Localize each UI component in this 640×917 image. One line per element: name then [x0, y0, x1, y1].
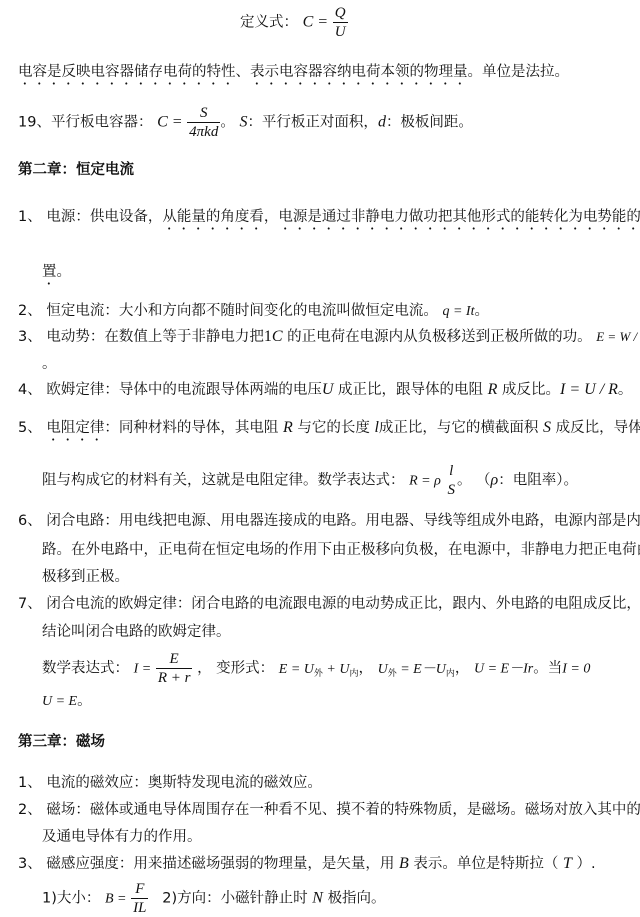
- ch2-item-6-line3: 极移到正极。: [42, 565, 129, 586]
- text: 闭合电流的欧姆定律：闭合电路的电流跟电源的电动势成正比，跟内、外电路的电阻成反比…: [46, 596, 640, 612]
- numerator: F: [131, 880, 148, 898]
- ch2-item-5-cont: 阻与构成它的材料有关，这就是电阻定律。数学表达式： R = ρ lS。 （ρ：电…: [42, 462, 578, 499]
- punct: ，: [455, 661, 470, 677]
- ch2-item-7-line2: 结论叫闭合电路的欧姆定律。: [42, 620, 231, 641]
- text: ：电阻率）。: [498, 473, 578, 489]
- var-s: S: [543, 419, 551, 436]
- punct: 。: [220, 115, 235, 131]
- punct: 。: [618, 382, 633, 398]
- item-number: 2、: [18, 802, 42, 818]
- text: 成反比。: [502, 382, 560, 398]
- formula-lhs: C =: [303, 14, 328, 31]
- formula: U = E: [42, 694, 77, 709]
- text: ：供电设备，: [75, 209, 162, 225]
- text: ：平行板正对面积，: [247, 115, 378, 131]
- formula-lhs: B =: [105, 892, 127, 907]
- punct: ，: [358, 661, 373, 677]
- text: 磁感应强度：用来描述磁场强弱的物理量，是矢量，用: [46, 856, 394, 872]
- label: 数学表达式：: [42, 661, 129, 677]
- text: ：极板间距。: [386, 115, 473, 131]
- subscript: 内: [446, 668, 455, 678]
- text: 闭合电路：用电线把电源、用电器连接成的电路。用电器、导线等组成外电路，电源内部是…: [46, 513, 640, 529]
- subscript: 外: [314, 668, 323, 678]
- text: 成正比，跟导体的电阻: [338, 382, 483, 398]
- ch2-item-7: 7、 闭合电流的欧姆定律：闭合电路的电流跟电源的电动势成正比，跟内、外电路的电阻…: [18, 592, 640, 613]
- capacitance-definition: 定义式： C = QU: [240, 4, 348, 41]
- var-t: T: [563, 855, 572, 872]
- item-number: 7、: [18, 596, 42, 612]
- emphasized-text: 从能量的角度看，电源是通过非静电力做功把其他形式的能转化为电势能的装: [162, 209, 640, 225]
- denominator: IL: [131, 898, 148, 917]
- ch2-item-5: 5、 电阻定律：同种材料的导体，其电阻 R 与它的长度 l成正比，与它的横截面积…: [18, 416, 640, 444]
- ch3-item-1: 1、 电流的磁效应：奥斯特发现电流的磁效应。: [18, 771, 322, 792]
- text: 。当: [533, 661, 562, 677]
- text: 成反比，导体电: [556, 420, 640, 436]
- formula: E = U: [279, 662, 314, 677]
- emphasized-term: 电阻定律: [46, 420, 104, 436]
- punct: 。: [474, 303, 489, 319]
- text: ）.: [576, 856, 595, 872]
- text: 成正比，与它的横截面积: [379, 420, 539, 436]
- fraction-q-over-u: QU: [333, 4, 348, 41]
- ch2-item-4: 4、 欧姆定律：导体中的电流跟导体两端的电压U 成正比，跟导体的电阻 R 成反比…: [18, 378, 632, 399]
- ch2-item-3-cont: 。: [42, 352, 57, 373]
- text: 磁场：磁体或通电导体周围存在一种看不见、摸不着的特殊物质，是磁场。磁场对放入其中…: [46, 802, 640, 818]
- text: 。: [57, 264, 72, 280]
- formula: U: [378, 662, 388, 677]
- capacitance-description: 电容是反映电容器储存电荷的特性、表示电容器容纳电荷本领的物理量。单位是法拉。: [18, 60, 569, 88]
- var-r: R: [283, 419, 293, 436]
- var-u: U: [322, 381, 334, 398]
- plain-text: 。单位是法拉。: [468, 64, 570, 80]
- item-number: 6、: [18, 513, 42, 529]
- chapter-3-heading: 第三章：磁场: [18, 730, 105, 751]
- subscript: 外: [388, 668, 397, 678]
- formula-lhs: I =: [134, 662, 152, 677]
- item-19-parallel-plate: 19、平行板电容器： C = S4πkd。 S：平行板正对面积，d：极板间距。: [18, 104, 473, 141]
- text: 的正电荷在电源内从负极移送到正极所做的功。: [287, 329, 592, 345]
- ch2-item-6: 6、 闭合电路：用电线把电源、用电器连接成的电路。用电器、导线等组成外电路，电源…: [18, 509, 640, 530]
- ch2-item-1-cont: 置。: [42, 260, 71, 288]
- emphasized-text: 电容是反映电容器储存电荷的特性、表示电容器容纳电荷本领的物理量: [18, 64, 468, 80]
- term: 电源: [46, 209, 75, 225]
- text: ：同种材料的导体，其电阻: [104, 420, 278, 436]
- denominator: R + r: [156, 668, 193, 687]
- item-number: 3、: [18, 856, 42, 872]
- ch2-item-1: 1、 电源：供电设备，从能量的角度看，电源是通过非静电力做功把其他形式的能转化为…: [18, 205, 640, 233]
- item-number: 2、: [18, 303, 42, 319]
- label: ， 变形式：: [197, 661, 274, 677]
- formula-lhs: R = ρ: [409, 474, 441, 489]
- numerator: E: [156, 650, 193, 668]
- ch2-item-2: 2、 恒定电流：大小和方向都不随时间变化的电流叫做恒定电流。 q = It。: [18, 299, 489, 320]
- var-n: N: [312, 890, 323, 907]
- formula: U = E－Ir: [474, 662, 533, 677]
- text: 电流的磁效应：奥斯特发现电流的磁效应。: [46, 775, 322, 791]
- numerator: l: [445, 462, 457, 480]
- number: 1: [264, 328, 272, 345]
- ch3-item-2: 2、 磁场：磁体或通电导体周围存在一种看不见、摸不着的特殊物质，是磁场。磁场对放…: [18, 798, 640, 819]
- var-d: d: [378, 114, 386, 131]
- ch2-item-6-line2: 路。在外电路中，正电荷在恒定电场的作用下由正极移向负极，在电源中，非静电力把正电…: [42, 538, 640, 559]
- fraction-e-over-r-plus-r: ER + r: [156, 650, 193, 687]
- text: 与它的长度: [297, 420, 370, 436]
- text: 。 （: [457, 473, 491, 489]
- item-number: 3、: [18, 329, 42, 345]
- text: 恒定电流：大小和方向都不随时间变化的电流叫做恒定电流。: [46, 303, 438, 319]
- text: 极指向。: [328, 891, 386, 907]
- punct: 。: [77, 693, 92, 709]
- text: 欧姆定律：导体中的电流跟导体两端的电压: [46, 382, 322, 398]
- fraction-s-over-4pikd: S4πkd: [187, 104, 220, 141]
- text: 阻与构成它的材料有关，这就是电阻定律。数学表达式：: [42, 473, 405, 489]
- item-number: 4、: [18, 382, 42, 398]
- item-number: 5、: [18, 420, 42, 436]
- ch3-item-2-line2: 及通电导体有力的作用。: [42, 825, 202, 846]
- text: 表示。单位是特斯拉（: [413, 856, 558, 872]
- fraction-l-over-s: lS: [445, 462, 457, 499]
- item-number: 1、: [18, 775, 42, 791]
- fraction-f-over-il: FIL: [131, 880, 148, 917]
- numerator: Q: [333, 4, 348, 22]
- ch2-item-3: 3、 电动势：在数值上等于非静电力把1C 的正电荷在电源内从负极移送到正极所做的…: [18, 325, 640, 346]
- definition-label: 定义式：: [240, 15, 298, 31]
- var-c: C: [272, 328, 283, 345]
- emphasized-text: 置: [42, 264, 57, 280]
- ch3-item-3: 3、 磁感应强度：用来描述磁场强弱的物理量，是矢量，用 B 表示。单位是特斯拉（…: [18, 852, 596, 873]
- item-label: 19、平行板电容器：: [18, 115, 152, 131]
- ch3-item-3-sub: 1)大小： B = FIL 2)方向：小磁针静止时 N 极指向。: [42, 880, 386, 917]
- denominator: U: [333, 22, 348, 41]
- text: 电动势：在数值上等于非静电力把: [46, 329, 264, 345]
- numerator: S: [187, 104, 220, 122]
- ch2-item-7-line4: U = E。: [42, 689, 92, 710]
- formula: I = U / R: [560, 381, 618, 398]
- var-r: R: [488, 381, 498, 398]
- denominator: 4πkd: [187, 122, 220, 141]
- label: 2)方向：小磁针静止时: [162, 891, 307, 907]
- ch2-item-7-formulas: 数学表达式： I = ER + r ， 变形式： E = U外 + U内， U外…: [42, 650, 590, 687]
- formula: + U: [323, 662, 350, 677]
- denominator: S: [445, 480, 457, 499]
- var-b: B: [399, 855, 409, 872]
- formula: E = W / q: [596, 329, 640, 344]
- formula: = E－U: [397, 662, 446, 677]
- formula-lhs: C =: [157, 114, 182, 131]
- item-number: 1、: [18, 209, 42, 225]
- label: 1)大小：: [42, 891, 100, 907]
- chapter-2-heading: 第二章：恒定电流: [18, 158, 134, 179]
- formula: I = 0: [562, 662, 590, 677]
- formula: q = It: [442, 304, 474, 319]
